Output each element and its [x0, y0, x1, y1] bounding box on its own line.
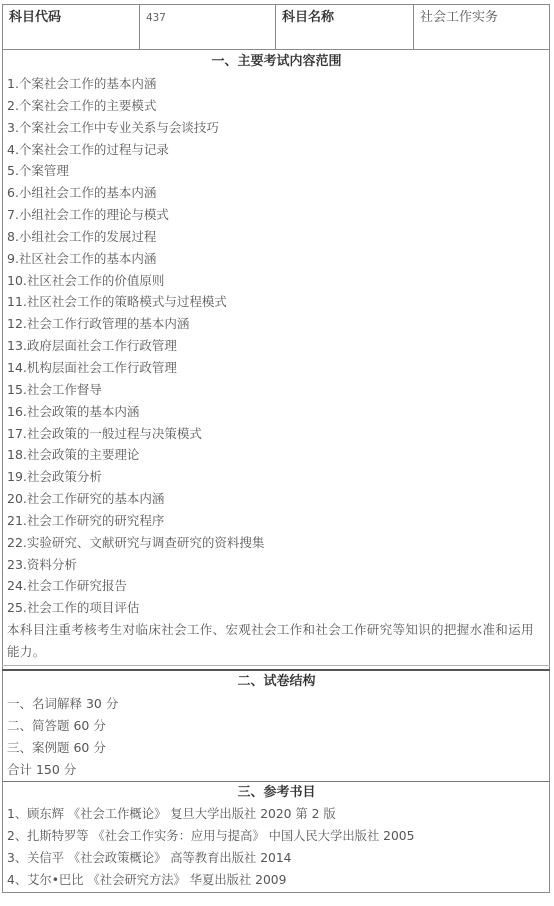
- scope-item: 4.个案社会工作的过程与记录: [7, 139, 546, 161]
- scope-item: 21.社会工作研究的研究程序: [7, 510, 546, 532]
- subject-header-row: 科目代码 437 科目名称 社会工作实务: [3, 5, 549, 50]
- scope-item: 2.个案社会工作的主要模式: [7, 95, 546, 117]
- scope-item: 16.社会政策的基本内涵: [7, 401, 546, 423]
- scope-item: 17.社会政策的一般过程与决策模式: [7, 423, 546, 445]
- scope-item: 1.个案社会工作的基本内涵: [7, 73, 546, 95]
- scope-item: 14.机构层面社会工作行政管理: [7, 357, 546, 379]
- subject-name-label: 科目名称: [276, 5, 414, 49]
- scope-item: 13.政府层面社会工作行政管理: [7, 335, 546, 357]
- structure-item: 三、案例题 60 分: [7, 737, 546, 759]
- scope-item: 6.小组社会工作的基本内涵: [7, 182, 546, 204]
- structure-item: 一、名词解释 30 分: [7, 693, 546, 715]
- scope-item: 7.小组社会工作的理论与模式: [7, 204, 546, 226]
- scope-item: 15.社会工作督导: [7, 379, 546, 401]
- scope-item: 9.社区社会工作的基本内涵: [7, 248, 546, 270]
- scope-item: 24.社会工作研究报告: [7, 575, 546, 597]
- subject-code-value: 437: [140, 5, 276, 49]
- scope-item: 25.社会工作的项目评估: [7, 597, 546, 619]
- structure-total: 合计 150 分: [7, 759, 546, 781]
- scope-item: 5.个案管理: [7, 160, 546, 182]
- scope-item: 8.小组社会工作的发展过程: [7, 226, 546, 248]
- reference-item: 3、关信平 《社会政策概论》 高等教育出版社 2014: [7, 848, 546, 870]
- section-title-paper-structure: 二、试卷结构: [7, 671, 546, 693]
- reference-item: 4、艾尔•巴比 《社会研究方法》 华夏出版社 2009: [7, 870, 546, 892]
- section-references: 三、参考书目 1、顾东辉 《社会工作概论》 复旦大学出版社 2020 第 2 版…: [3, 782, 549, 891]
- section-title-exam-scope: 一、主要考试内容范围: [7, 51, 546, 73]
- scope-item: 12.社会工作行政管理的基本内涵: [7, 313, 546, 335]
- scope-item: 19.社会政策分析: [7, 466, 546, 488]
- scope-summary: 本科目注重考核考生对临床社会工作、宏观社会工作和社会工作研究等知识的把握水准和运…: [7, 619, 546, 663]
- exam-syllabus-table: 科目代码 437 科目名称 社会工作实务 一、主要考试内容范围 1.个案社会工作…: [2, 4, 550, 893]
- section-paper-structure: 二、试卷结构 一、名词解释 30 分 二、简答题 60 分 三、案例题 60 分…: [3, 671, 549, 781]
- scope-item: 11.社区社会工作的策略模式与过程模式: [7, 291, 546, 313]
- scope-item: 23.资料分析: [7, 554, 546, 576]
- section-exam-scope: 一、主要考试内容范围 1.个案社会工作的基本内涵 2.个案社会工作的主要模式 3…: [3, 50, 549, 665]
- structure-item: 二、简答题 60 分: [7, 715, 546, 737]
- subject-code-label: 科目代码: [3, 5, 140, 49]
- subject-name-value: 社会工作实务: [414, 5, 549, 49]
- scope-item: 3.个案社会工作中专业关系与会谈技巧: [7, 117, 546, 139]
- scope-item: 18.社会政策的主要理论: [7, 444, 546, 466]
- scope-item: 22.实验研究、文献研究与调查研究的资料搜集: [7, 532, 546, 554]
- scope-item: 10.社区社会工作的价值原则: [7, 270, 546, 292]
- section-title-references: 三、参考书目: [7, 782, 546, 804]
- reference-item: 1、顾东辉 《社会工作概论》 复旦大学出版社 2020 第 2 版: [7, 804, 546, 826]
- reference-item: 2、扎斯特罗等 《社会工作实务：应用与提高》 中国人民大学出版社 2005: [7, 826, 546, 848]
- scope-item: 20.社会工作研究的基本内涵: [7, 488, 546, 510]
